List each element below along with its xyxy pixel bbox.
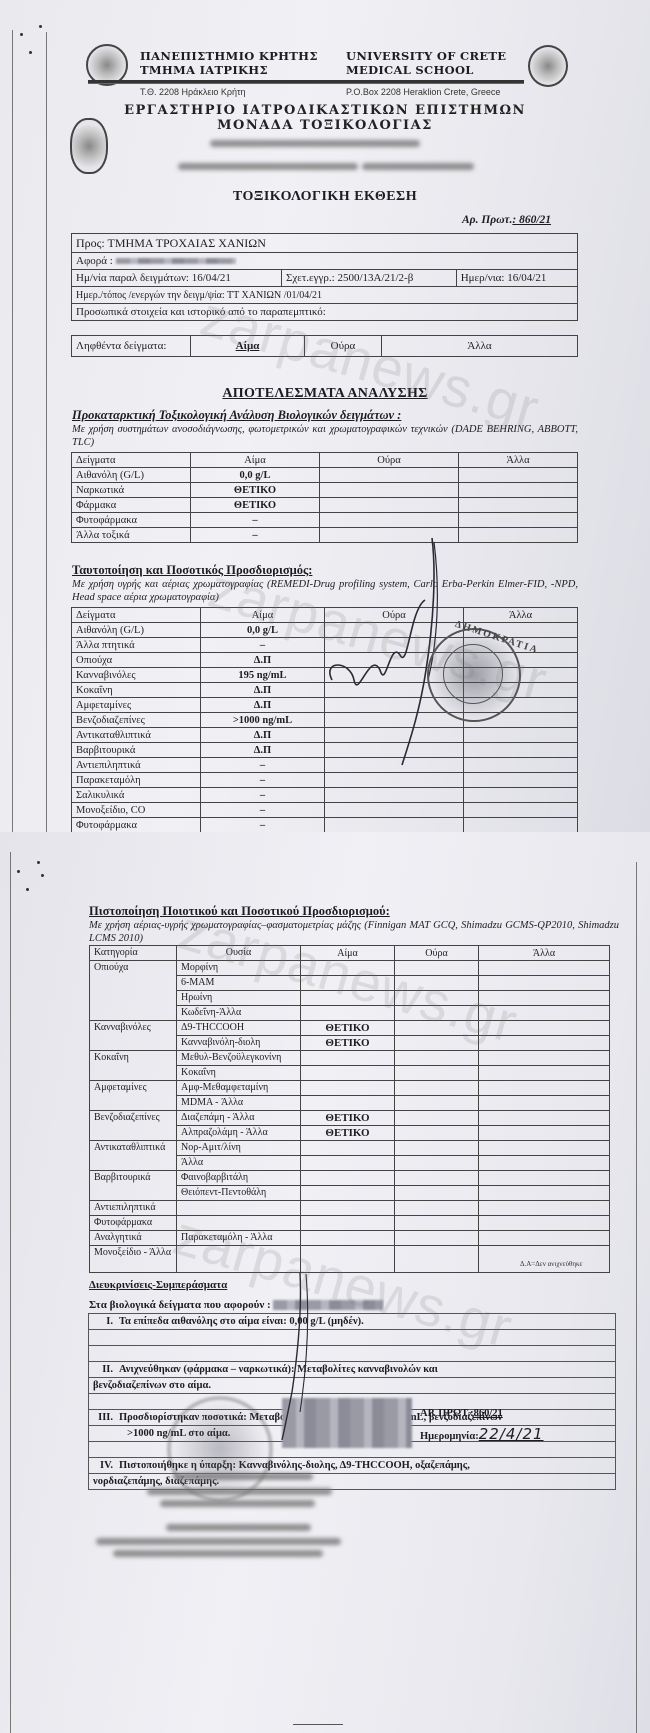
col-header: Άλλα (459, 453, 578, 468)
category-cell: Οπιούχα (90, 961, 177, 1021)
sampling-info: Ημερ./τόπος /ενεργών την δειγμ/ψία: ΤΤ Χ… (72, 287, 578, 304)
other-result (479, 991, 610, 1006)
col-header: Κατηγορία (90, 946, 177, 961)
signoff-block: ΑΡ. ΠΡΩΤ.:860/21 Ημερομηνία:22/4/21 (420, 1404, 544, 1447)
sample-blood: Αίμα (191, 336, 305, 357)
row-label: Παρακεταμόλη (72, 773, 201, 788)
table-row: ΝαρκωτικάΘΕΤΙΚΟ (72, 483, 578, 498)
scan-edge-line (10, 852, 11, 1733)
table-row: ΑντικαταθλιπτικάΔ.Π (72, 728, 578, 743)
preliminary-heading: Προκαταρκτική Τοξικολογική Ανάλυση Βιολο… (72, 408, 401, 423)
report-page-1: ΠΑΝΕΠΙΣΤΗΜΙΟ ΚΡΗΤΗΣ ΤΜΗΜΑ ΙΑΤΡΙΚΗΣ UNIVE… (0, 0, 650, 832)
table-row: Φυτοφάρμακα (90, 1216, 610, 1231)
redacted-line (210, 140, 420, 147)
blood-result (301, 961, 395, 976)
conclusion-continuation (89, 1330, 616, 1346)
substance-cell: 6-MAM (177, 976, 301, 991)
conclusion-row: IV.Πιστοποιήθηκε η ύπαρξη: Κανναβινόλης-… (89, 1458, 616, 1474)
table-row: ΒενζοδιαζεπίνεςΔιαζεπάμη - ΆλλαΘΕΤΙΚΟ (90, 1111, 610, 1126)
blood-result (301, 1156, 395, 1171)
other-result (479, 1186, 610, 1201)
table-row: ΒαρβιτουρικάΔ.Π (72, 743, 578, 758)
blood-result (301, 1171, 395, 1186)
table-row: Παρακεταμόλη– (72, 773, 578, 788)
other-result (464, 818, 578, 833)
other-result (464, 788, 578, 803)
blood-result: ΘΕΤΙΚΟ (191, 483, 320, 498)
conclusions-heading: Διευκρινίσεις-Συμπεράσματα (89, 1279, 227, 1291)
col-header: Αίμα (301, 946, 395, 961)
urine-result (395, 1021, 479, 1036)
blood-result: Δ.Π (201, 653, 325, 668)
category-cell: Βενζοδιαζεπίνες (90, 1111, 177, 1141)
urine-result (395, 1126, 479, 1141)
urine-result (395, 1186, 479, 1201)
conclusion-row: II.Ανιχνεύθηκαν (φάρμακα – ναρκωτικά): Μ… (89, 1362, 616, 1378)
report-date: Ημερ/νια: 16/04/21 (456, 270, 577, 287)
blood-result: ΘΕΤΙΚΟ (301, 1126, 395, 1141)
substance-cell: Παρακεταμόλη - Άλλα (177, 1231, 301, 1246)
redacted-line (178, 163, 358, 170)
conclusion-number: III. (93, 1411, 113, 1425)
protocol-label: Αρ. Πρωτ. (462, 214, 512, 226)
urine-result (320, 468, 459, 483)
scan-speck (20, 33, 23, 36)
row-label: Βαρβιτουρικά (72, 743, 201, 758)
urine-result (325, 818, 464, 833)
col-header: Αίμα (201, 608, 325, 623)
identification-method: Με χρήση υγρής και αέριας χρωματογραφίας… (72, 578, 578, 604)
conclusion-text: IV.Πιστοποιήθηκε η ύπαρξη: Κανναβινόλης-… (89, 1458, 616, 1474)
certification-heading: Πιστοποίηση Ποιοτικού και Ποσοτικού Προσ… (89, 904, 390, 919)
redacted-line (173, 1473, 313, 1480)
table-row: Άλλα τοξικά– (72, 528, 578, 543)
other-result (479, 1066, 610, 1081)
urine-result (325, 803, 464, 818)
conclusion-row: I.Τα επίπεδα αιθανόλης στο αίμα είναι: 0… (89, 1314, 616, 1330)
other-result (464, 728, 578, 743)
scan-speck (17, 870, 20, 873)
official-stamp: ΔΗΜΟΚΡΑΤΙΑ (427, 628, 521, 722)
other-result (479, 1246, 610, 1273)
row-label: Αντιεπιληπτικά (72, 758, 201, 773)
urine-result (395, 1231, 479, 1246)
col-header: Ουσία (177, 946, 301, 961)
category-cell: Αναλγητικά (90, 1231, 177, 1246)
received-date: Ημ/νία παραλ δειγμάτων: 16/04/21 (72, 270, 282, 287)
urine-result (395, 961, 479, 976)
other-result (479, 1231, 610, 1246)
substance-cell: Αλπραζολάμη - Άλλα (177, 1126, 301, 1141)
urine-result (395, 1006, 479, 1021)
conclusion-row (89, 1330, 616, 1346)
blood-result: – (191, 513, 320, 528)
reference-number: Σχετ.εγγρ.: 2500/13Α/21/2-β (281, 270, 456, 287)
row-label: Βενζοδιαζεπίνες (72, 713, 201, 728)
blood-result: Δ.Π (201, 743, 325, 758)
conclusion-number: IV. (93, 1459, 113, 1473)
blood-result (301, 1216, 395, 1231)
school-name-en: MEDICAL SCHOOL (346, 63, 474, 77)
conclusion-text: I.Τα επίπεδα αιθανόλης στο αίμα είναι: 0… (89, 1314, 616, 1330)
blood-result (301, 1096, 395, 1111)
substance-cell: Νορ-Αμιτ/λίνη (177, 1141, 301, 1156)
substance-cell (177, 1246, 301, 1273)
urine-result (395, 1246, 479, 1273)
certification-method: Με χρήση αέριας-υγρής χρωματογραφίας–φασ… (89, 919, 619, 945)
blood-result (301, 991, 395, 1006)
other-result (479, 1216, 610, 1231)
other-result (479, 976, 610, 991)
substance-cell: Άλλα (177, 1156, 301, 1171)
redacted-line (160, 1500, 315, 1507)
hippocrates-seal-icon (528, 45, 568, 87)
redacted-line (166, 1524, 311, 1531)
col-header: Αίμα (191, 453, 320, 468)
conclusion-spacer (89, 1346, 616, 1362)
col-header: Ούρα (395, 946, 479, 961)
results-title: ΑΠΟΤΕΛΕΣΜΑΤΑ ΑΝΑΛΥΣΗΣ (0, 386, 650, 402)
col-header: Ούρα (320, 453, 459, 468)
urine-result (320, 498, 459, 513)
scan-speck (37, 861, 40, 864)
other-result (479, 1126, 610, 1141)
redacted-line (113, 1550, 323, 1557)
other-result (459, 498, 578, 513)
other-result (479, 1201, 610, 1216)
university-name-gr: ΠΑΝΕΠΙΣΤΗΜΙΟ ΚΡΗΤΗΣ (140, 49, 318, 63)
blood-result (301, 1246, 395, 1273)
blood-result: ΘΕΤΙΚΟ (191, 498, 320, 513)
row-label: Άλλα τοξικά (72, 528, 191, 543)
other-result (459, 483, 578, 498)
identification-heading: Ταυτοποίηση και Ποσοτικός Προσδιορισμός: (72, 563, 312, 578)
scan-edge-line (46, 32, 47, 832)
table-row: ΦάρμακαΘΕΤΙΚΟ (72, 498, 578, 513)
lab-name: ΕΡΓΑΣΤΗΡΙΟ ΙΑΤΡΟΔΙΚΑΣΤΙΚΩΝ ΕΠΙΣΤΗΜΩΝ (0, 103, 650, 118)
row-label: Άλλα πτητικά (72, 638, 201, 653)
blood-result: 0,0 g/L (201, 623, 325, 638)
table-row: ΚανναβινόλεςΔ9-THCCOOHΘΕΤΙΚΟ (90, 1021, 610, 1036)
row-label: Κοκαΐνη (72, 683, 201, 698)
row-label: Σαλικυλικά (72, 788, 201, 803)
urine-result (320, 513, 459, 528)
substance-cell: Δ9-THCCOOH (177, 1021, 301, 1036)
scan-edge-line (636, 862, 637, 1733)
table-row: ΑντικαταθλιπτικάΝορ-Αμιτ/λίνη (90, 1141, 610, 1156)
urine-result (395, 1051, 479, 1066)
blood-result: – (201, 758, 325, 773)
col-header: Δείγματα (72, 453, 191, 468)
urine-result (395, 1216, 479, 1231)
table-row: ΑναλγητικάΠαρακεταμόλη - Άλλα (90, 1231, 610, 1246)
scan-speck (41, 874, 44, 877)
blood-result: – (201, 788, 325, 803)
row-label: Φάρμακα (72, 498, 191, 513)
sample-other: Άλλα (382, 336, 578, 357)
other-result (479, 1156, 610, 1171)
case-info-table: Προς: ΤΜΗΜΑ ΤΡΟΧΑΙΑΣ ΧΑΝΙΩΝ Αφορά : Ημ/ν… (71, 233, 578, 321)
blood-result: – (191, 528, 320, 543)
report-page-2: Πιστοποίηση Ποιοτικού και Ποσοτικού Προσ… (0, 832, 650, 1733)
urine-result (320, 483, 459, 498)
table-row: Αντιεπιληπτικά (90, 1201, 610, 1216)
scan-speck (26, 888, 29, 891)
row-label: Αιθανόλη (G/L) (72, 623, 201, 638)
other-result (479, 1021, 610, 1036)
header-rule (88, 80, 524, 84)
scan-speck (29, 51, 32, 54)
substance-cell (177, 1216, 301, 1231)
blood-result: – (201, 638, 325, 653)
blood-result: 0,0 g/L (191, 468, 320, 483)
table-row: ΟπιούχαΜορφίνη (90, 961, 610, 976)
row-label: Φυτοφάρμακα (72, 513, 191, 528)
row-label: Αμφεταμίνες (72, 698, 201, 713)
category-cell: Αμφεταμίνες (90, 1081, 177, 1111)
other-result (464, 758, 578, 773)
urine-result (395, 1096, 479, 1111)
table-row: ΑμφεταμίνεςΑμφ-Μεθαμφεταμίνη (90, 1081, 610, 1096)
table-row: Αιθανόλη (G/L)0,0 g/L (72, 468, 578, 483)
other-result (459, 528, 578, 543)
conclusion-continuation: βενζοδιαζεπίνων στο αίμα. (89, 1378, 616, 1394)
substance-cell: Μεθυλ-Βενζοϋλεγκονίνη (177, 1051, 301, 1066)
other-result (459, 468, 578, 483)
preliminary-method: Με χρήση συστημάτων ανοσοδιάγνωσης, φωτο… (72, 423, 578, 449)
substance-cell: Διαζεπάμη - Άλλα (177, 1111, 301, 1126)
table-row: Μονοξείδιο, CO– (72, 803, 578, 818)
substance-cell (177, 1201, 301, 1216)
blood-result: 195 ng/mL (201, 668, 325, 683)
other-result (464, 743, 578, 758)
substance-cell: Κοκαΐνη (177, 1066, 301, 1081)
row-label: Φυτοφάρμακα (72, 818, 201, 833)
divider (293, 1724, 343, 1725)
address-en: P.O.Box 2208 Heraklion Crete, Greece (346, 87, 500, 97)
col-header: Δείγματα (72, 608, 201, 623)
recipient: Προς: ΤΜΗΜΑ ΤΡΟΧΑΙΑΣ ΧΑΝΙΩΝ (72, 234, 578, 253)
conclusion-text: II.Ανιχνεύθηκαν (φάρμακα – ναρκωτικά): Μ… (89, 1362, 616, 1378)
other-result (479, 1096, 610, 1111)
protocol-value: : 860/21 (512, 214, 551, 226)
certification-table: Κατηγορία Ουσία Αίμα Ούρα Άλλα ΟπιούχαΜο… (89, 945, 610, 1273)
category-cell: Αντιεπιληπτικά (90, 1201, 177, 1216)
other-result (479, 1171, 610, 1186)
preliminary-table: Δείγματα Αίμα Ούρα Άλλα Αιθανόλη (G/L)0,… (71, 452, 578, 543)
other-result (479, 1111, 610, 1126)
samples-label: Ληφθέντα δείγματα: (72, 336, 191, 357)
other-result (464, 773, 578, 788)
row-label: Κανναβινόλες (72, 668, 201, 683)
category-cell: Αντικαταθλιπτικά (90, 1141, 177, 1171)
urine-result (395, 1036, 479, 1051)
spacer-cell (89, 1346, 616, 1362)
substance-cell: Κανναβινόλη-διολη (177, 1036, 301, 1051)
substance-cell: Μορφίνη (177, 961, 301, 976)
table-row: Φυτοφάρμακα– (72, 818, 578, 833)
blood-result (301, 1006, 395, 1021)
redacted-line (96, 1538, 341, 1545)
blood-result: ΘΕΤΙΚΟ (301, 1021, 395, 1036)
table-row: Φυτοφάρμακα– (72, 513, 578, 528)
category-cell: Κοκαΐνη (90, 1051, 177, 1081)
row-label: Ναρκωτικά (72, 483, 191, 498)
table-row: Αντιεπιληπτικά– (72, 758, 578, 773)
table-row: ΚοκαΐνηΜεθυλ-Βενζοϋλεγκονίνη (90, 1051, 610, 1066)
urine-result (395, 1111, 479, 1126)
substance-cell: Κωδεΐνη-Άλλα (177, 1006, 301, 1021)
other-result (479, 1006, 610, 1021)
other-result (464, 803, 578, 818)
blood-result (301, 1186, 395, 1201)
lab-logo-icon (70, 118, 108, 174)
samples-table: Ληφθέντα δείγματα: Αίμα Ούρα Άλλα (71, 335, 578, 357)
blood-result: Δ.Π (201, 728, 325, 743)
blood-result (301, 1141, 395, 1156)
substance-cell: Θειόπεντ-Πεντοθάλη (177, 1186, 301, 1201)
conclusion-number: I. (93, 1315, 113, 1329)
blood-result: – (201, 803, 325, 818)
other-result (479, 1081, 610, 1096)
blood-result (301, 1201, 395, 1216)
urine-result (395, 1141, 479, 1156)
blood-result: – (201, 818, 325, 833)
col-header: Άλλα (479, 946, 610, 961)
blood-result: Δ.Π (201, 683, 325, 698)
conclusion-row: βενζοδιαζεπίνων στο αίμα. (89, 1378, 616, 1394)
blood-result: – (201, 773, 325, 788)
row-label: Αντικαταθλιπτικά (72, 728, 201, 743)
urine-result (395, 1156, 479, 1171)
urine-result (395, 991, 479, 1006)
blood-result (301, 1081, 395, 1096)
blood-result: Δ.Π (201, 698, 325, 713)
signoff-protocol: ΑΡ. ΠΡΩΤ.:860/21 (420, 1404, 544, 1424)
substance-cell: Φαινοβαρβιτάλη (177, 1171, 301, 1186)
urine-result (395, 976, 479, 991)
school-name-gr: ΤΜΗΜΑ ΙΑΤΡΙΚΗΣ (140, 63, 268, 77)
regarding: Αφορά : (72, 253, 578, 270)
sample-urine: Ούρα (305, 336, 382, 357)
blood-result (301, 1231, 395, 1246)
substance-cell: Αμφ-Μεθαμφεταμίνη (177, 1081, 301, 1096)
other-result (479, 1141, 610, 1156)
personal-info: Προσωπικά στοιχεία και ιστορικό από το π… (72, 304, 578, 321)
table-row: Μονοξείδιο - Άλλα (90, 1246, 610, 1273)
urine-result (395, 1081, 479, 1096)
other-result (479, 1036, 610, 1051)
substance-cell: Ηρωίνη (177, 991, 301, 1006)
signoff-date: Ημερομηνία:22/4/21 (420, 1424, 544, 1447)
official-stamp (168, 1397, 272, 1501)
urine-result (395, 1201, 479, 1216)
row-label: Αιθανόλη (G/L) (72, 468, 191, 483)
category-cell: Φυτοφάρμακα (90, 1216, 177, 1231)
table-row: Βενζοδιαζεπίνες>1000 ng/mL (72, 713, 578, 728)
report-title: ΤΟΞΙΚΟΛΟΓΙΚΗ ΕΚΘΕΣΗ (0, 189, 650, 205)
substance-cell: MDMA - Άλλα (177, 1096, 301, 1111)
blood-result (301, 976, 395, 991)
footnote: Δ.Α=Δεν ανιχνεύθηκε (520, 1260, 582, 1268)
address-gr: Τ.Θ. 2208 Ηράκλειο Κρήτη (140, 87, 246, 97)
category-cell: Βαρβιτουρικά (90, 1171, 177, 1201)
protocol-number: Αρ. Πρωτ.: 860/21 (462, 214, 551, 226)
redacted-name (116, 258, 236, 264)
blood-result: >1000 ng/mL (201, 713, 325, 728)
other-result (479, 961, 610, 976)
col-header: Άλλα (464, 608, 578, 623)
table-row: ΒαρβιτουρικάΦαινοβαρβιτάλη (90, 1171, 610, 1186)
redacted-line (147, 1488, 332, 1495)
blood-result: ΘΕΤΙΚΟ (301, 1036, 395, 1051)
other-result (479, 1051, 610, 1066)
urine-result (395, 1066, 479, 1081)
urine-result (395, 1171, 479, 1186)
scan-speck (39, 25, 42, 28)
conclusion-number: II. (93, 1363, 113, 1377)
row-label: Μονοξείδιο, CO (72, 803, 201, 818)
category-cell: Κανναβινόλες (90, 1021, 177, 1051)
other-result (459, 513, 578, 528)
redacted-line (362, 163, 474, 170)
blood-result (301, 1051, 395, 1066)
table-row: Σαλικυλικά– (72, 788, 578, 803)
blood-result (301, 1066, 395, 1081)
row-label: Οπιούχα (72, 653, 201, 668)
blood-result: ΘΕΤΙΚΟ (301, 1111, 395, 1126)
scan-edge-line (12, 30, 13, 832)
university-name-en: UNIVERSITY OF CRETE (346, 49, 506, 63)
category-cell: Μονοξείδιο - Άλλα (90, 1246, 177, 1273)
